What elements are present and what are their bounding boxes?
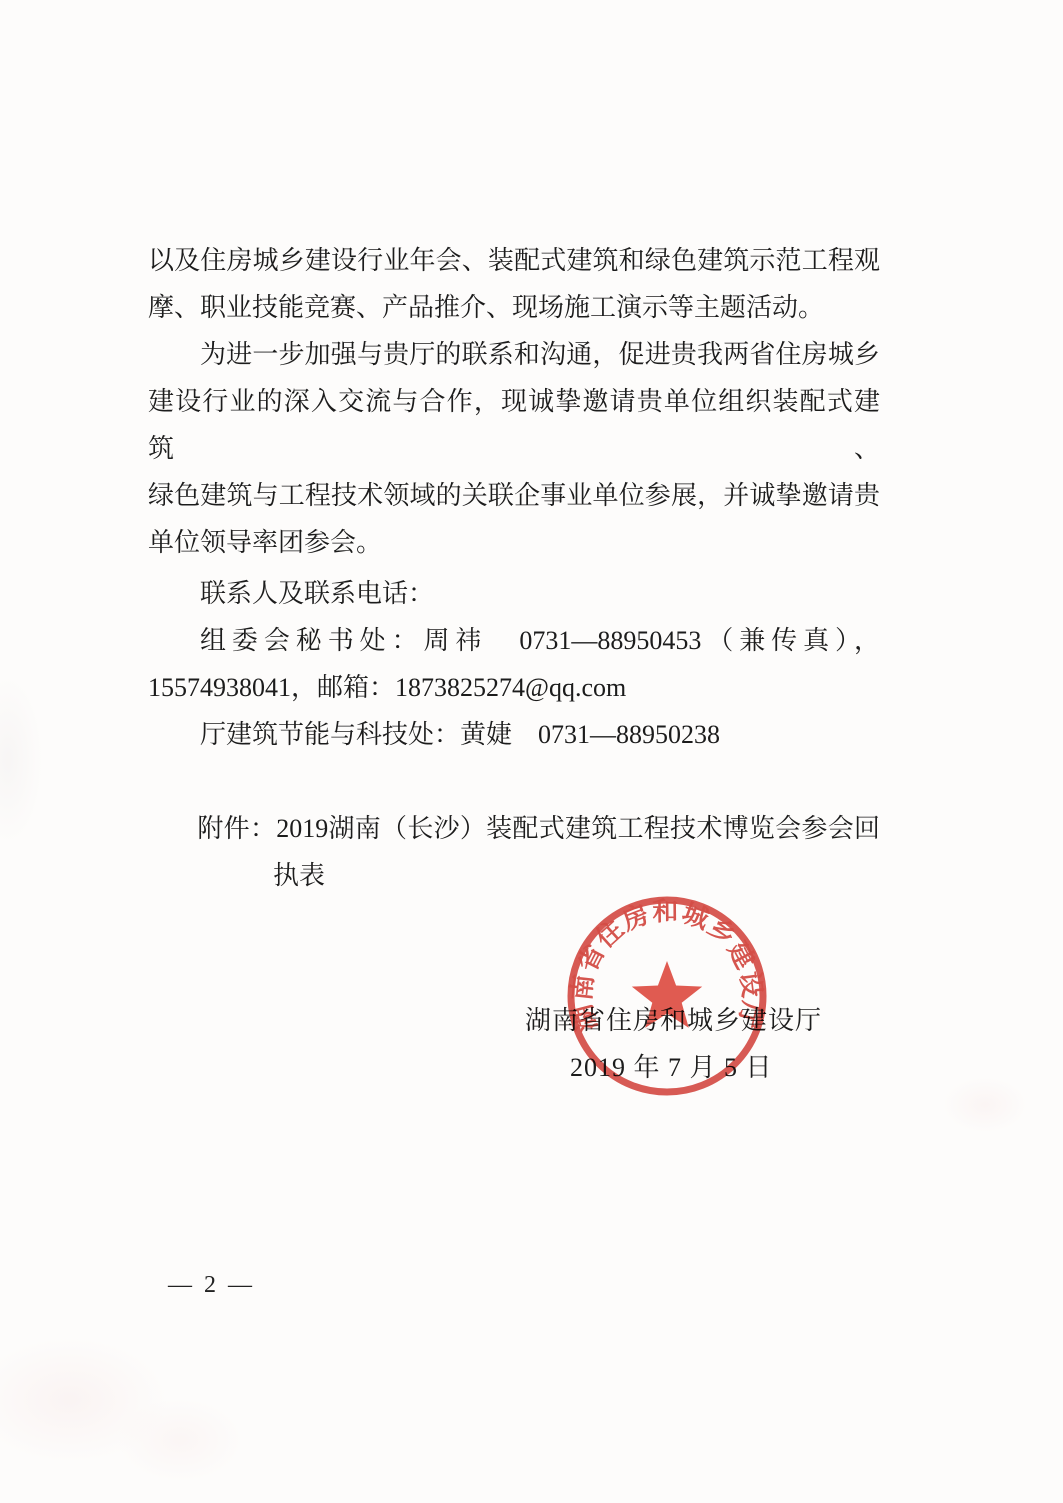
body-line: 绿色建筑与工程技术领域的关联企事业单位参展，并诚挚邀请贵: [148, 472, 880, 519]
body-line: 摩、职业技能竞赛、产品推介、现场施工演示等主题活动。: [148, 284, 880, 331]
contact-line-department: 厅建筑节能与科技处：黄婕 0731—88950238: [148, 711, 880, 758]
document-page: 以及住房城乡建设行业年会、装配式建筑和绿色建筑示范工程观 摩、职业技能竞赛、产品…: [0, 0, 1063, 1503]
body-line: 以及住房城乡建设行业年会、装配式建筑和绿色建筑示范工程观: [148, 237, 880, 284]
body-line: 建设行业的深入交流与合作，现诚挚邀请贵单位组织装配式建筑、: [148, 378, 880, 472]
page-number: — 2 —: [168, 1272, 255, 1299]
contact-heading-line: 联系人及联系电话：: [148, 570, 880, 617]
attachment-line: 附件：2019湖南（长沙）装配式建筑工程技术博览会参会回: [148, 805, 880, 852]
letter-body: 以及住房城乡建设行业年会、装配式建筑和绿色建筑示范工程观 摩、职业技能竞赛、产品…: [148, 237, 880, 899]
contact-line-secretariat: 组委会秘书处：周祎 0731—88950453（兼传真），: [148, 617, 880, 664]
signature-date: 2019 年 7 月 5 日: [570, 1047, 773, 1084]
attachment-line-continuation: 执表: [148, 852, 880, 899]
body-line: 为进一步加强与贵厅的联系和沟通，促进贵我两省住房城乡: [148, 331, 880, 378]
contact-line-phone-email: 15574938041，邮箱：1873825274@qq.com: [148, 664, 880, 711]
body-line: 单位领导率团参会。: [148, 519, 880, 566]
signature-organization: 湖南省住房和城乡建设厅: [525, 1000, 822, 1037]
